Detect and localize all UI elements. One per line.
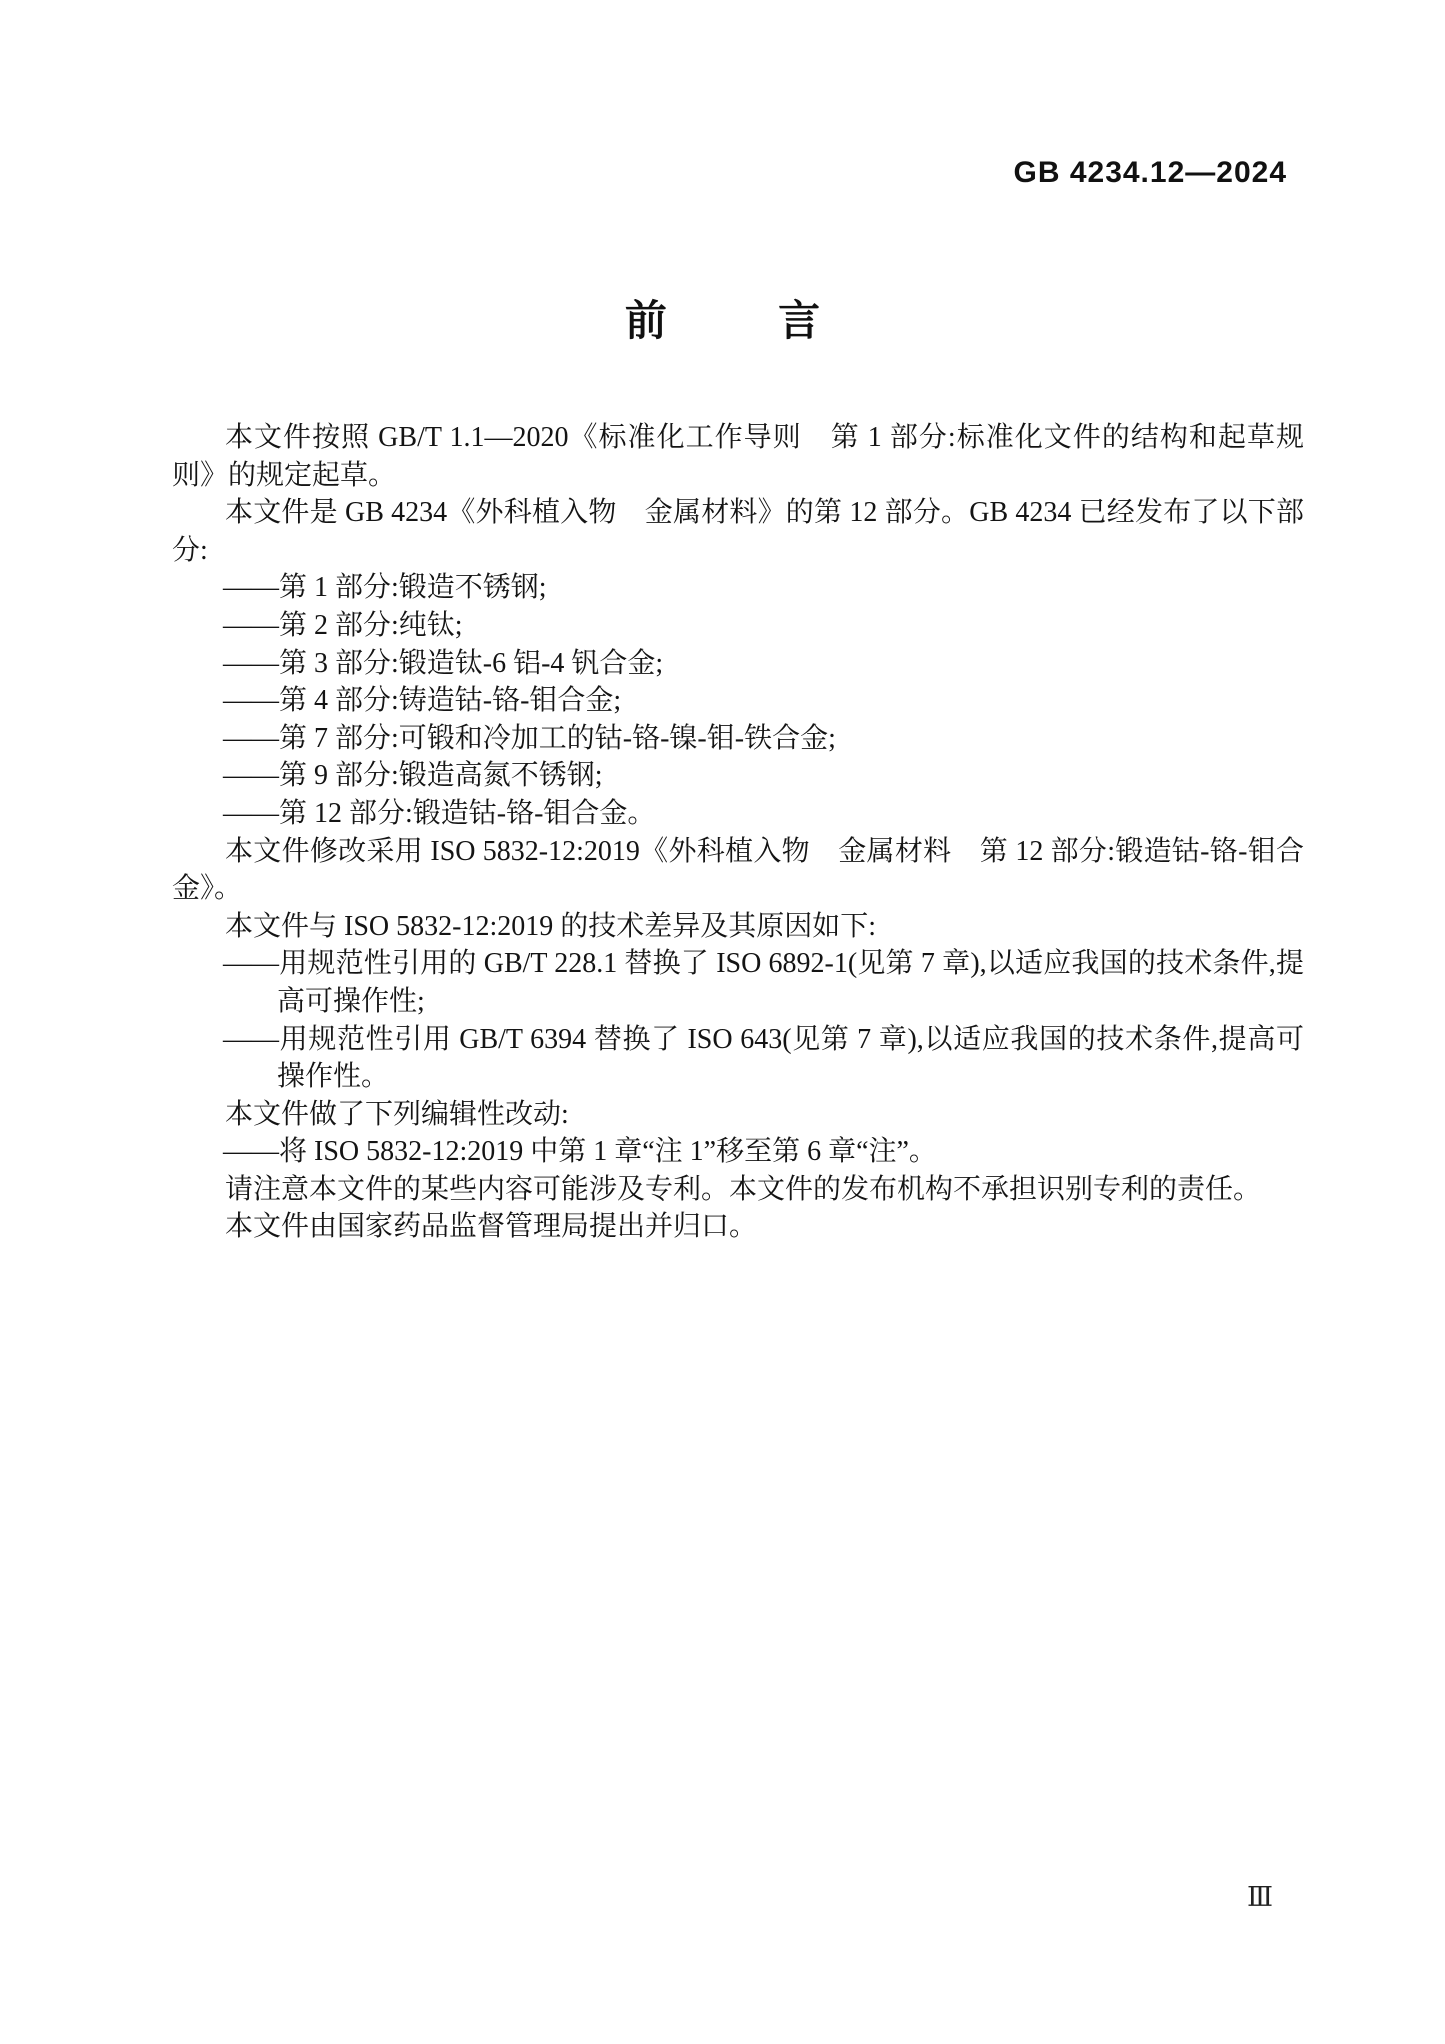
document-page: GB 4234.12—2024 前 言 本文件按照 GB/T 1.1—2020《… xyxy=(0,0,1445,2044)
paragraph: 本文件按照 GB/T 1.1—2020《标准化工作导则 第 1 部分:标准化文件… xyxy=(172,419,1304,494)
dash-list-item: ——用规范性引用的 GB/T 228.1 替换了 ISO 6892-1(见第 7… xyxy=(172,945,1304,1020)
dash-list-item: ——第 3 部分:锻造钛-6 铝-4 钒合金; xyxy=(172,645,1304,683)
dash-list-item: ——第 12 部分:锻造钴-铬-钼合金。 xyxy=(172,795,1304,833)
standard-number: GB 4234.12—2024 xyxy=(1013,156,1287,190)
paragraph: 本文件做了下列编辑性改动: xyxy=(172,1096,1304,1134)
page-number: Ⅲ xyxy=(1247,1882,1273,1913)
dash-list-item: ——第 9 部分:锻造高氮不锈钢; xyxy=(172,757,1304,795)
dash-list-item: ——第 7 部分:可锻和冷加工的钴-铬-镍-钼-铁合金; xyxy=(172,720,1304,758)
dash-list-item: ——第 1 部分:锻造不锈钢; xyxy=(172,569,1304,607)
foreword-title-char-2: 言 xyxy=(778,288,820,348)
dash-list-item: ——将 ISO 5832-12:2019 中第 1 章“注 1”移至第 6 章“… xyxy=(172,1133,1304,1171)
foreword-title: 前 言 xyxy=(0,288,1445,348)
foreword-title-char-1: 前 xyxy=(625,288,667,348)
paragraph: 本文件是 GB 4234《外科植入物 金属材料》的第 12 部分。GB 4234… xyxy=(172,494,1304,569)
dash-list-item: ——用规范性引用 GB/T 6394 替换了 ISO 643(见第 7 章),以… xyxy=(172,1021,1304,1096)
paragraph: 本文件与 ISO 5832-12:2019 的技术差异及其原因如下: xyxy=(172,908,1304,946)
foreword-body: 本文件按照 GB/T 1.1—2020《标准化工作导则 第 1 部分:标准化文件… xyxy=(172,419,1304,1246)
paragraph: 本文件由国家药品监督管理局提出并归口。 xyxy=(172,1208,1304,1246)
dash-list-item: ——第 2 部分:纯钛; xyxy=(172,607,1304,645)
paragraph: 请注意本文件的某些内容可能涉及专利。本文件的发布机构不承担识别专利的责任。 xyxy=(172,1171,1304,1209)
paragraph: 本文件修改采用 ISO 5832-12:2019《外科植入物 金属材料 第 12… xyxy=(172,833,1304,908)
dash-list-item: ——第 4 部分:铸造钴-铬-钼合金; xyxy=(172,682,1304,720)
